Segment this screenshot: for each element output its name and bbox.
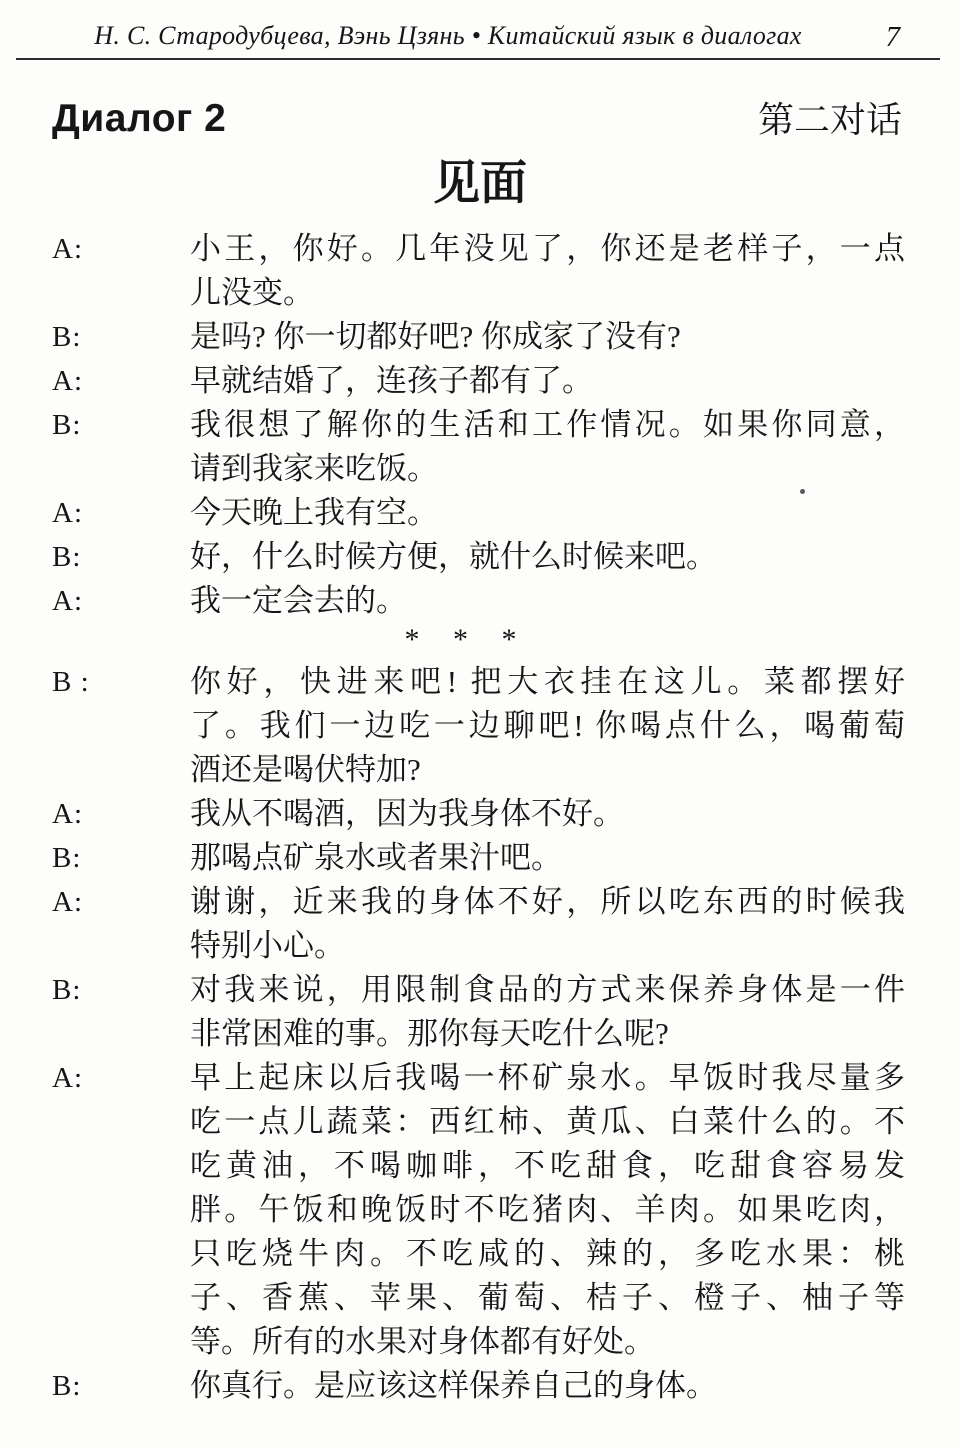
dialogue-line: 酒还是喝伏特加? [190,748,905,792]
utterance-lines: 谢谢，近来我的身体不好，所以吃东西的时候我特别小心。 [190,880,905,968]
utterance-row: B :你好，快进来吧! 把大衣挂在这儿。菜都摆好了。我们一边吃一边聊吧! 你喝点… [52,660,905,792]
utterance-lines: 那喝点矿泉水或者果汁吧。 [190,836,905,880]
speaker-label: B: [52,535,190,579]
utterance-row: A:早就结婚了，连孩子都有了。 [52,359,905,403]
utterance-row: A:我从不喝酒，因为我身体不好。 [52,792,905,836]
speaker-label: A: [52,359,190,403]
utterance-row: B:你真行。是应该这样保养自己的身体。 [52,1364,905,1408]
dialog-title-russian: Диалог 2 [52,96,226,142]
utterance-lines: 我很想了解你的生活和工作情况。如果你同意，请到我家来吃饭。 [190,403,905,491]
chapter-title: 见面 [0,155,960,213]
utterance-row: A:谢谢，近来我的身体不好，所以吃东西的时候我特别小心。 [52,880,905,968]
dialogue-line: 我很想了解你的生活和工作情况。如果你同意， [190,403,905,447]
speaker-label: A: [52,792,190,836]
speaker-label: A: [52,1056,190,1364]
dialogue-line: 吃黄油，不喝咖啡，不吃甜食，吃甜食容易发 [190,1144,905,1188]
dialogue-line: 特别小心。 [190,924,905,968]
dialogue-line: 你好，快进来吧! 把大衣挂在这儿。菜都摆好 [190,660,905,704]
dialogue-line: 你真行。是应该这样保养自己的身体。 [190,1364,905,1408]
dialogue-line: 我一定会去的。 [190,579,905,623]
dialog-heading-row: Диалог 2 第二对话 [52,96,902,144]
speaker-label: B : [52,660,190,792]
dialogue-line: 等。所有的水果对身体都有好处。 [190,1320,905,1364]
speaker-label: B: [52,836,190,880]
utterance-lines: 你真行。是应该这样保养自己的身体。 [190,1364,905,1408]
utterance-row: B:我很想了解你的生活和工作情况。如果你同意，请到我家来吃饭。 [52,403,905,491]
utterance-lines: 早上起床以后我喝一杯矿泉水。早饭时我尽量多吃一点儿蔬菜：西红柿、黄瓜、白菜什么的… [190,1056,905,1364]
dialogue-line: 只吃烧牛肉。不吃咸的、辣的，多吃水果：桃 [190,1232,905,1276]
dialogue-line: 谢谢，近来我的身体不好，所以吃东西的时候我 [190,880,905,924]
dialogue-line: 吃一点儿蔬菜：西红柿、黄瓜、白菜什么的。不 [190,1100,905,1144]
utterance-lines: 好，什么时候方便，就什么时候来吧。 [190,535,905,579]
dialogue-line: 了。我们一边吃一边聊吧! 你喝点什么，喝葡萄 [190,704,905,748]
speaker-label: B: [52,1364,190,1408]
speaker-label: B: [52,315,190,359]
speaker-label: B: [52,403,190,491]
utterance-row: A:我一定会去的。 [52,579,905,623]
dialogue-line: 子、香蕉、苹果、葡萄、桔子、橙子、柚子等 [190,1276,905,1320]
utterance-row: B:是吗? 你一切都好吧? 你成家了没有? [52,315,905,359]
utterance-lines: 我一定会去的。 [190,579,905,623]
utterance-lines: 对我来说，用限制食品的方式来保养身体是一件非常困难的事。那你每天吃什么呢? [190,968,905,1056]
utterance-row: B:好，什么时候方便，就什么时候来吧。 [52,535,905,579]
running-header-title: Н. С. Стародубцева, Вэнь Цзянь • Китайск… [16,18,940,54]
utterance-lines: 小王，你好。几年没见了，你还是老样子，一点儿没变。 [190,227,905,315]
utterance-lines: 你好，快进来吧! 把大衣挂在这儿。菜都摆好了。我们一边吃一边聊吧! 你喝点什么，… [190,660,905,792]
dialogue-line: 儿没变。 [190,271,905,315]
utterance-lines: 我从不喝酒，因为我身体不好。 [190,792,905,836]
utterance-row: B:对我来说，用限制食品的方式来保养身体是一件非常困难的事。那你每天吃什么呢? [52,968,905,1056]
utterance-lines: 是吗? 你一切都好吧? 你成家了没有? [190,315,905,359]
utterance-lines: 早就结婚了，连孩子都有了。 [190,359,905,403]
running-header: Н. С. Стародубцева, Вэнь Цзянь • Китайск… [16,18,940,60]
section-separator: * * * [52,623,905,660]
dialogue-line: 小王，你好。几年没见了，你还是老样子，一点 [190,227,905,271]
scan-artifact-dot [800,489,805,494]
utterance-row: B:那喝点矿泉水或者果汁吧。 [52,836,905,880]
book-page: Н. С. Стародубцева, Вэнь Цзянь • Китайск… [0,0,960,1449]
speaker-label: A: [52,227,190,315]
dialogue: A:小王，你好。几年没见了，你还是老样子，一点儿没变。B:是吗? 你一切都好吧?… [52,227,905,1408]
utterance-row: A:今天晚上我有空。 [52,491,905,535]
dialogue-line: 对我来说，用限制食品的方式来保养身体是一件 [190,968,905,1012]
dialogue-line: 今天晚上我有空。 [190,491,905,535]
dialogue-line: 胖。午饭和晚饭时不吃猪肉、羊肉。如果吃肉， [190,1188,905,1232]
dialogue-line: 是吗? 你一切都好吧? 你成家了没有? [190,315,905,359]
dialogue-line: 非常困难的事。那你每天吃什么呢? [190,1012,905,1056]
utterance-lines: 今天晚上我有空。 [190,491,905,535]
speaker-label: A: [52,579,190,623]
dialogue-line: 好，什么时候方便，就什么时候来吧。 [190,535,905,579]
speaker-label: B: [52,968,190,1056]
speaker-label: A: [52,880,190,968]
dialogue-line: 那喝点矿泉水或者果汁吧。 [190,836,905,880]
dialogue-line: 早就结婚了，连孩子都有了。 [190,359,905,403]
dialog-title-chinese: 第二对话 [758,96,902,144]
utterance-row: A:小王，你好。几年没见了，你还是老样子，一点儿没变。 [52,227,905,315]
speaker-label: A: [52,491,190,535]
dialogue-line: 请到我家来吃饭。 [190,447,905,491]
utterance-row: A:早上起床以后我喝一杯矿泉水。早饭时我尽量多吃一点儿蔬菜：西红柿、黄瓜、白菜什… [52,1056,905,1364]
page-number: 7 [886,19,901,55]
dialogue-line: 我从不喝酒，因为我身体不好。 [190,792,905,836]
dialogue-line: 早上起床以后我喝一杯矿泉水。早饭时我尽量多 [190,1056,905,1100]
